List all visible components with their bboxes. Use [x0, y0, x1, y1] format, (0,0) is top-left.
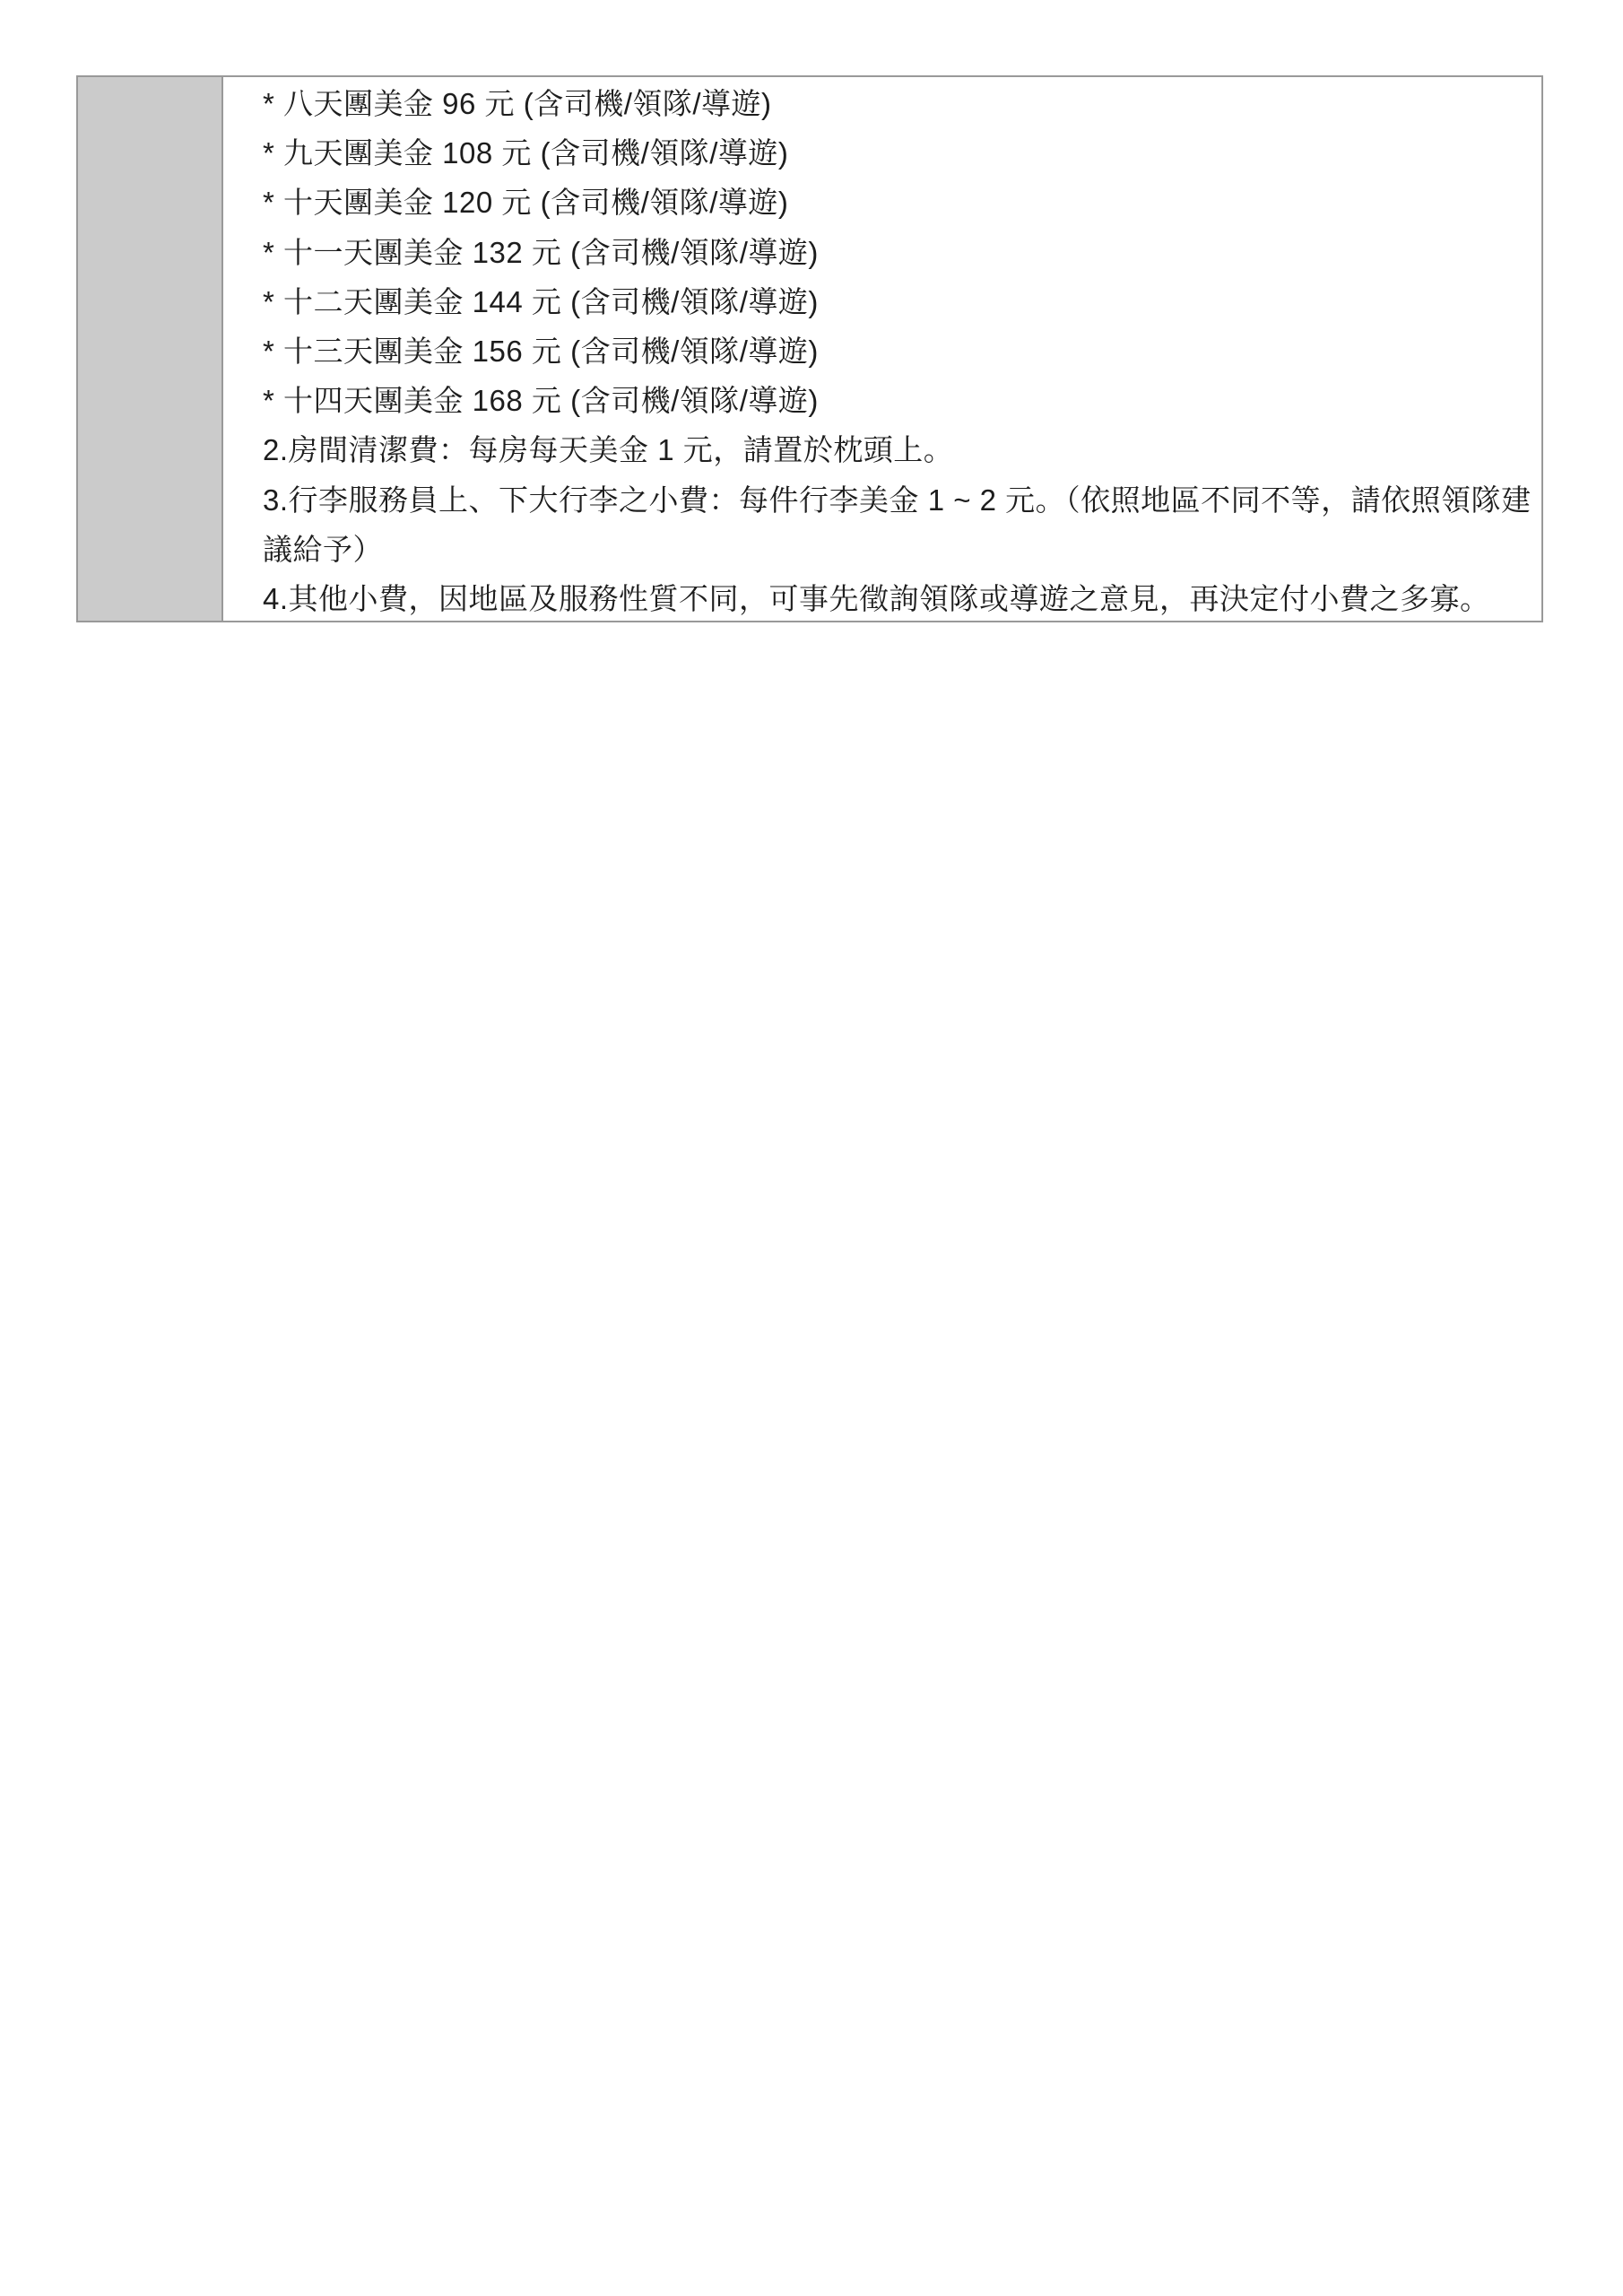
table-content-cell: * 八天團美金 96 元 (含司機/領隊/導遊) * 九天團美金 108 元 (…: [223, 77, 1541, 621]
tipping-fees-table: * 八天團美金 96 元 (含司機/領隊/導遊) * 九天團美金 108 元 (…: [76, 75, 1543, 622]
fee-line: 議給予）: [263, 525, 1531, 574]
fee-line: * 十天團美金 120 元 (含司機/領隊/導遊): [263, 178, 1531, 227]
fee-line: * 九天團美金 108 元 (含司機/領隊/導遊): [263, 128, 1531, 178]
fee-line: * 八天團美金 96 元 (含司機/領隊/導遊): [263, 79, 1531, 128]
table-label-cell: [78, 77, 223, 621]
fee-line: * 十二天團美金 144 元 (含司機/領隊/導遊): [263, 277, 1531, 326]
fee-line: 3.行李服務員上、下大行李之小費：每件行李美金 1 ~ 2 元。（依照地區不同不…: [263, 475, 1531, 525]
fee-line: * 十一天團美金 132 元 (含司機/領隊/導遊): [263, 228, 1531, 277]
fee-line: 2.房間清潔費：每房每天美金 1 元，請置於枕頭上。: [263, 425, 1531, 474]
document-page: * 八天團美金 96 元 (含司機/領隊/導遊) * 九天團美金 108 元 (…: [0, 0, 1623, 2296]
fee-line: * 十四天團美金 168 元 (含司機/領隊/導遊): [263, 376, 1531, 425]
fee-line: * 十三天團美金 156 元 (含司機/領隊/導遊): [263, 326, 1531, 376]
fee-line: 4.其他小費，因地區及服務性質不同，可事先徵詢領隊或導遊之意見，再決定付小費之多…: [263, 574, 1531, 621]
